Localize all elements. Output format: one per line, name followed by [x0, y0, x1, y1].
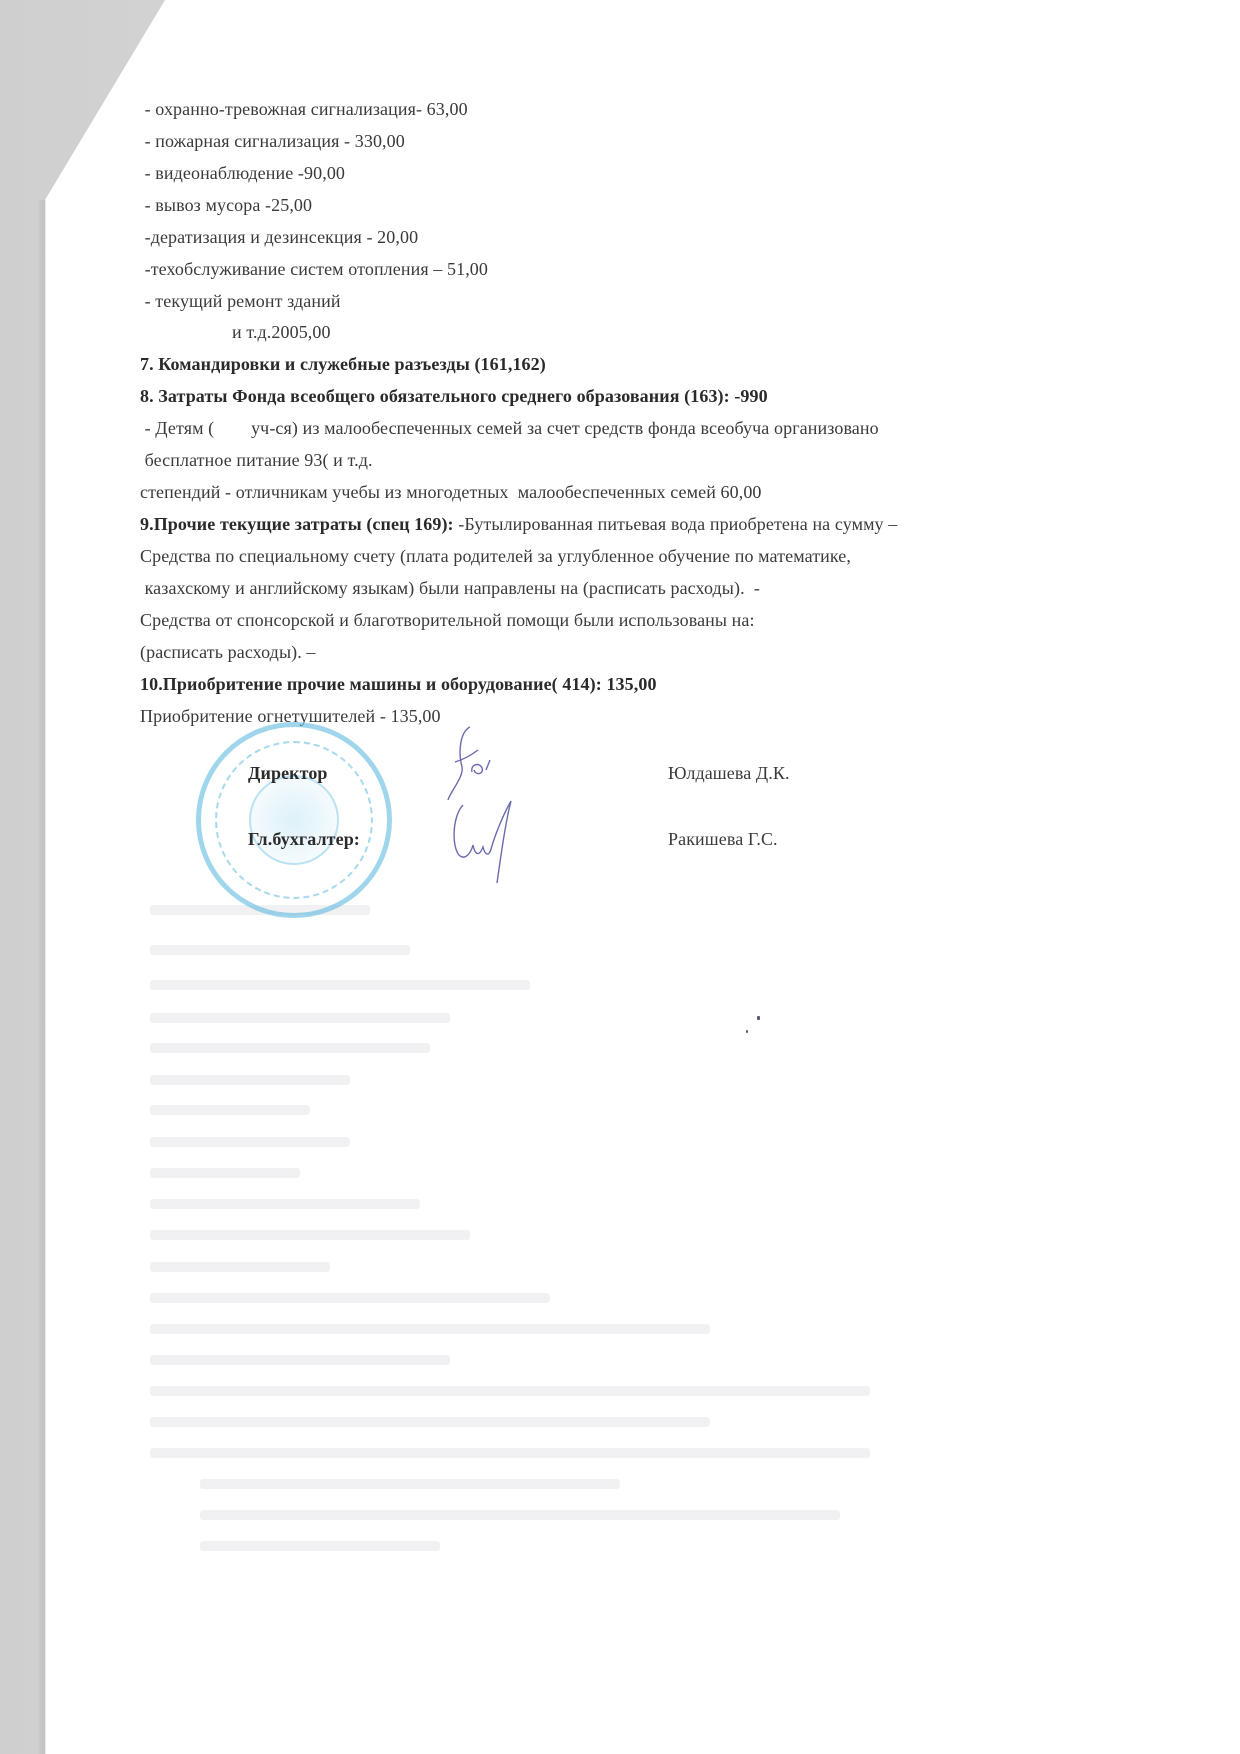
section-9-line-5: (расписать расходы). –	[140, 641, 316, 663]
bleed-through-text	[150, 1137, 350, 1147]
bleed-through-text	[150, 1043, 430, 1053]
section-8-line-1: - Детям ( уч-ся) из малообеспеченных сем…	[140, 417, 879, 439]
expense-line-garbage: - вывоз мусора -25,00	[140, 194, 312, 216]
section-8-heading: 8. Затраты Фонда всеобщего обязательного…	[140, 385, 768, 407]
bleed-through-text	[150, 1013, 450, 1023]
expense-line-heating: -техобслуживание систем отопления – 51,0…	[140, 258, 488, 280]
bleed-through-text	[150, 1324, 710, 1334]
scan-speck	[746, 1030, 748, 1033]
bleed-through-text	[150, 1075, 350, 1085]
bleed-through-text	[150, 1355, 450, 1365]
bleed-through-text	[200, 1479, 620, 1489]
expense-line-repair-total: и т.д.2005,00	[140, 321, 331, 343]
bleed-through-text	[150, 1448, 870, 1458]
accountant-signature-icon	[445, 795, 525, 885]
accountant-name: Ракишева Г.С.	[668, 828, 778, 850]
section-10-heading: 10.Приобритение прочие машины и оборудов…	[140, 673, 657, 695]
director-signature-icon	[440, 722, 500, 802]
official-seal-icon	[196, 722, 392, 918]
section-9-heading: 9.Прочие текущие затраты (спец 169):	[140, 514, 454, 534]
director-label: Директор	[248, 762, 328, 784]
bleed-through-text	[200, 1541, 440, 1551]
director-name: Юлдашева Д.К.	[668, 762, 790, 784]
scan-speck	[757, 1016, 760, 1020]
section-9-water: -Бутылированная питьевая вода приобретен…	[454, 514, 898, 534]
bleed-through-text	[150, 1417, 710, 1427]
section-7-heading: 7. Командировки и служебные разъезды (16…	[140, 353, 546, 375]
expense-line-video: - видеонаблюдение -90,00	[140, 162, 345, 184]
bleed-through-text	[200, 1510, 840, 1520]
page-edge	[38, 0, 46, 1754]
bleed-through-text	[150, 1293, 550, 1303]
section-8-line-2: бесплатное питание 93( и т.д.	[140, 449, 373, 471]
expense-line-pest-control: -дератизация и дезинсекция - 20,00	[140, 226, 418, 248]
bleed-through-text	[150, 980, 530, 990]
document-page: - охранно-тревожная сигнализация- 63,00 …	[0, 0, 1240, 1754]
bleed-through-text	[150, 1105, 310, 1115]
expense-line-fire-alarm: - пожарная сигнализация - 330,00	[140, 130, 405, 152]
section-9-heading-line: 9.Прочие текущие затраты (спец 169): -Бу…	[140, 513, 897, 535]
section-9-line-2: Средства по специальному счету (плата ро…	[140, 545, 851, 567]
expense-line-security-alarm: - охранно-тревожная сигнализация- 63,00	[140, 98, 468, 120]
bleed-through-text	[150, 1386, 870, 1396]
section-9-line-4: Средства от спонсорской и благотворитель…	[140, 609, 755, 631]
accountant-label: Гл.бухгалтер:	[248, 828, 360, 850]
bleed-through-text	[150, 1262, 330, 1272]
bleed-through-text	[150, 1168, 300, 1178]
bleed-through-text	[150, 945, 410, 955]
bleed-through-text	[150, 1199, 420, 1209]
section-8-line-3: степендий - отличникам учебы из многодет…	[140, 481, 762, 503]
bleed-through-text	[150, 1230, 470, 1240]
section-9-line-3: казахскому и английскому языкам) были на…	[140, 577, 760, 599]
expense-line-repair: - текущий ремонт зданий	[140, 290, 341, 312]
